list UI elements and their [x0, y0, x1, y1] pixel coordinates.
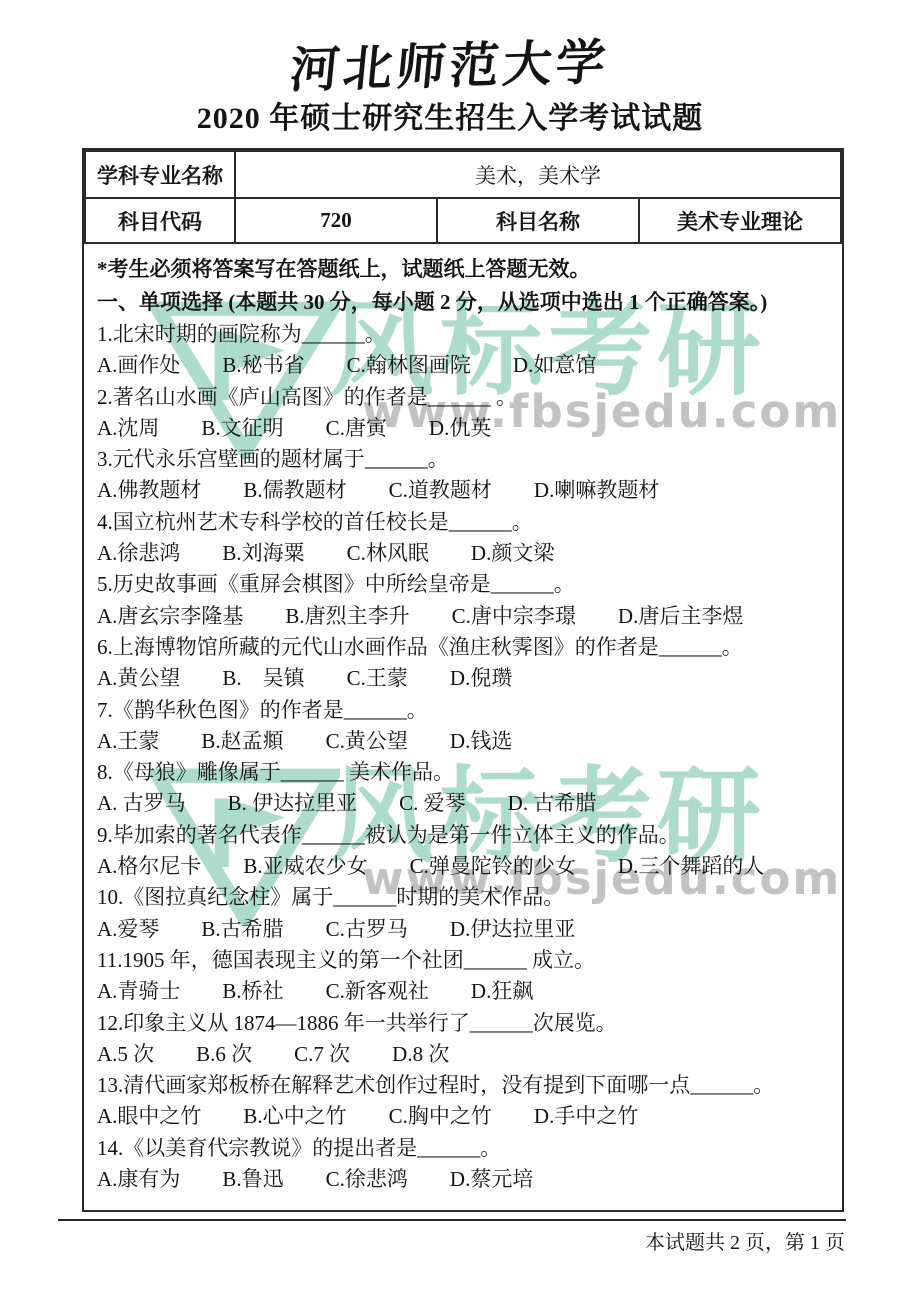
question-options: A.佛教题材 B.儒教题材 C.道教题材 D.喇嘛教题材 [97, 475, 829, 506]
question-options: A.黄公望 B. 吴镇 C.王蒙 D.倪瓒 [97, 663, 829, 694]
subject-code-value-cell: 720 [235, 198, 437, 243]
question-text: 9.毕加索的著名代表作______被认为是第一件立体主义的作品。 [97, 820, 829, 851]
exam-title: 2020 年硕士研究生招生入学考试试题 [0, 93, 900, 137]
question-text: 12.印象主义从 1874—1886 年一共举行了______次展览。 [97, 1008, 829, 1039]
question-options: A.眼中之竹 B.心中之竹 C.胸中之竹 D.手中之竹 [97, 1101, 829, 1132]
university-name: 河北师范大学 [0, 28, 900, 98]
exam-page: 河北师范大学 2020 年硕士研究生招生入学考试试题 风标考研 www.fbsj… [0, 0, 900, 1300]
question-text: 3.元代永乐宫壁画的题材属于______。 [97, 444, 829, 475]
section-title: 一、单项选择 (本题共 30 分，每小题 2 分，从选项中选出 1 个正确答案。… [97, 286, 829, 319]
question-text: 5.历史故事画《重屏会棋图》中所绘皇帝是______。 [97, 569, 829, 600]
question-list: 1.北宋时期的画院称为______。 A.画作处 B.秘书省 C.翰林图画院 D… [97, 319, 829, 1195]
question-text: 1.北宋时期的画院称为______。 [97, 319, 829, 350]
subject-name-label-cell: 科目名称 [437, 198, 639, 243]
subject-code-label-cell: 科目代码 [85, 198, 235, 243]
question-options: A.5 次 B.6 次 C.7 次 D.8 次 [97, 1039, 829, 1070]
question-options: A.康有为 B.鲁迅 C.徐悲鸿 D.蔡元培 [97, 1164, 829, 1195]
major-value-cell: 美术，美术学 [235, 151, 841, 198]
footer-divider [58, 1219, 846, 1221]
question-item: 4.国立杭州艺术专科学校的首任校长是______。 A.徐悲鸿 B.刘海粟 C.… [97, 507, 829, 570]
question-text: 6.上海博物馆所藏的元代山水画作品《渔庄秋霁图》的作者是______。 [97, 632, 829, 663]
subject-name-value-cell: 美术专业理论 [639, 198, 841, 243]
question-item: 14.《以美育代宗教说》的提出者是______。 A.康有为 B.鲁迅 C.徐悲… [97, 1133, 829, 1196]
question-options: A.唐玄宗李隆基 B.唐烈主李升 C.唐中宗李璟 D.唐后主李煜 [97, 601, 829, 632]
question-item: 8.《母狼》雕像属于______ 美术作品。 A. 古罗马 B. 伊达拉里亚 C… [97, 757, 829, 820]
question-text: 13.清代画家郑板桥在解释艺术创作过程时，没有提到下面哪一点______。 [97, 1070, 829, 1101]
question-options: A.王蒙 B.赵孟頫 C.黄公望 D.钱选 [97, 726, 829, 757]
question-options: A.画作处 B.秘书省 C.翰林图画院 D.如意馆 [97, 350, 829, 381]
question-item: 12.印象主义从 1874—1886 年一共举行了______次展览。 A.5 … [97, 1008, 829, 1071]
question-text: 8.《母狼》雕像属于______ 美术作品。 [97, 757, 829, 788]
question-item: 11.1905 年，德国表现主义的第一个社团______ 成立。 A.青骑士 B… [97, 945, 829, 1008]
question-text: 2.著名山水画《庐山高图》的作者是______ 。 [97, 382, 829, 413]
question-options: A.青骑士 B.桥社 C.新客观社 D.狂飙 [97, 976, 829, 1007]
subject-info-table: 学科专业名称 美术，美术学 科目代码 720 科目名称 美术专业理论 [84, 150, 842, 244]
question-text: 4.国立杭州艺术专科学校的首任校长是______。 [97, 507, 829, 538]
question-text: 10.《图拉真纪念柱》属于______时期的美术作品。 [97, 882, 829, 913]
question-text: 11.1905 年，德国表现主义的第一个社团______ 成立。 [97, 945, 829, 976]
exam-sheet-box: 学科专业名称 美术，美术学 科目代码 720 科目名称 美术专业理论 *考生必须… [82, 148, 844, 1212]
question-item: 13.清代画家郑板桥在解释艺术创作过程时，没有提到下面哪一点______。 A.… [97, 1070, 829, 1133]
footer-page-info: 本试题共 2 页，第 1 页 [645, 1226, 845, 1255]
question-item: 3.元代永乐宫壁画的题材属于______。 A.佛教题材 B.儒教题材 C.道教… [97, 444, 829, 507]
question-item: 5.历史故事画《重屏会棋图》中所绘皇帝是______。 A.唐玄宗李隆基 B.唐… [97, 569, 829, 632]
question-item: 10.《图拉真纪念柱》属于______时期的美术作品。 A.爱琴 B.古希腊 C… [97, 882, 829, 945]
major-label-cell: 学科专业名称 [85, 151, 235, 198]
question-item: 2.著名山水画《庐山高图》的作者是______ 。 A.沈周 B.文征明 C.唐… [97, 382, 829, 445]
question-options: A. 古罗马 B. 伊达拉里亚 C. 爱琴 D. 古希腊 [97, 788, 829, 819]
question-options: A.徐悲鸿 B.刘海粟 C.林风眠 D.颜文梁 [97, 538, 829, 569]
question-options: A.爱琴 B.古希腊 C.古罗马 D.伊达拉里亚 [97, 914, 829, 945]
question-item: 1.北宋时期的画院称为______。 A.画作处 B.秘书省 C.翰林图画院 D… [97, 319, 829, 382]
question-options: A.格尔尼卡 B.亚威农少女 C.弹曼陀铃的少女 D.三个舞蹈的人 [97, 851, 829, 882]
question-text: 14.《以美育代宗教说》的提出者是______。 [97, 1133, 829, 1164]
question-text: 7.《鹊华秋色图》的作者是______。 [97, 695, 829, 726]
answer-sheet-notice: *考生必须将答案写在答题纸上，试题纸上答题无效。 [97, 253, 829, 286]
question-area: *考生必须将答案写在答题纸上，试题纸上答题无效。 一、单项选择 (本题共 30 … [84, 244, 842, 1195]
question-item: 7.《鹊华秋色图》的作者是______。 A.王蒙 B.赵孟頫 C.黄公望 D.… [97, 695, 829, 758]
question-options: A.沈周 B.文征明 C.唐寅 D.仇英 [97, 413, 829, 444]
question-item: 9.毕加索的著名代表作______被认为是第一件立体主义的作品。 A.格尔尼卡 … [97, 820, 829, 883]
question-item: 6.上海博物馆所藏的元代山水画作品《渔庄秋霁图》的作者是______。 A.黄公… [97, 632, 829, 695]
